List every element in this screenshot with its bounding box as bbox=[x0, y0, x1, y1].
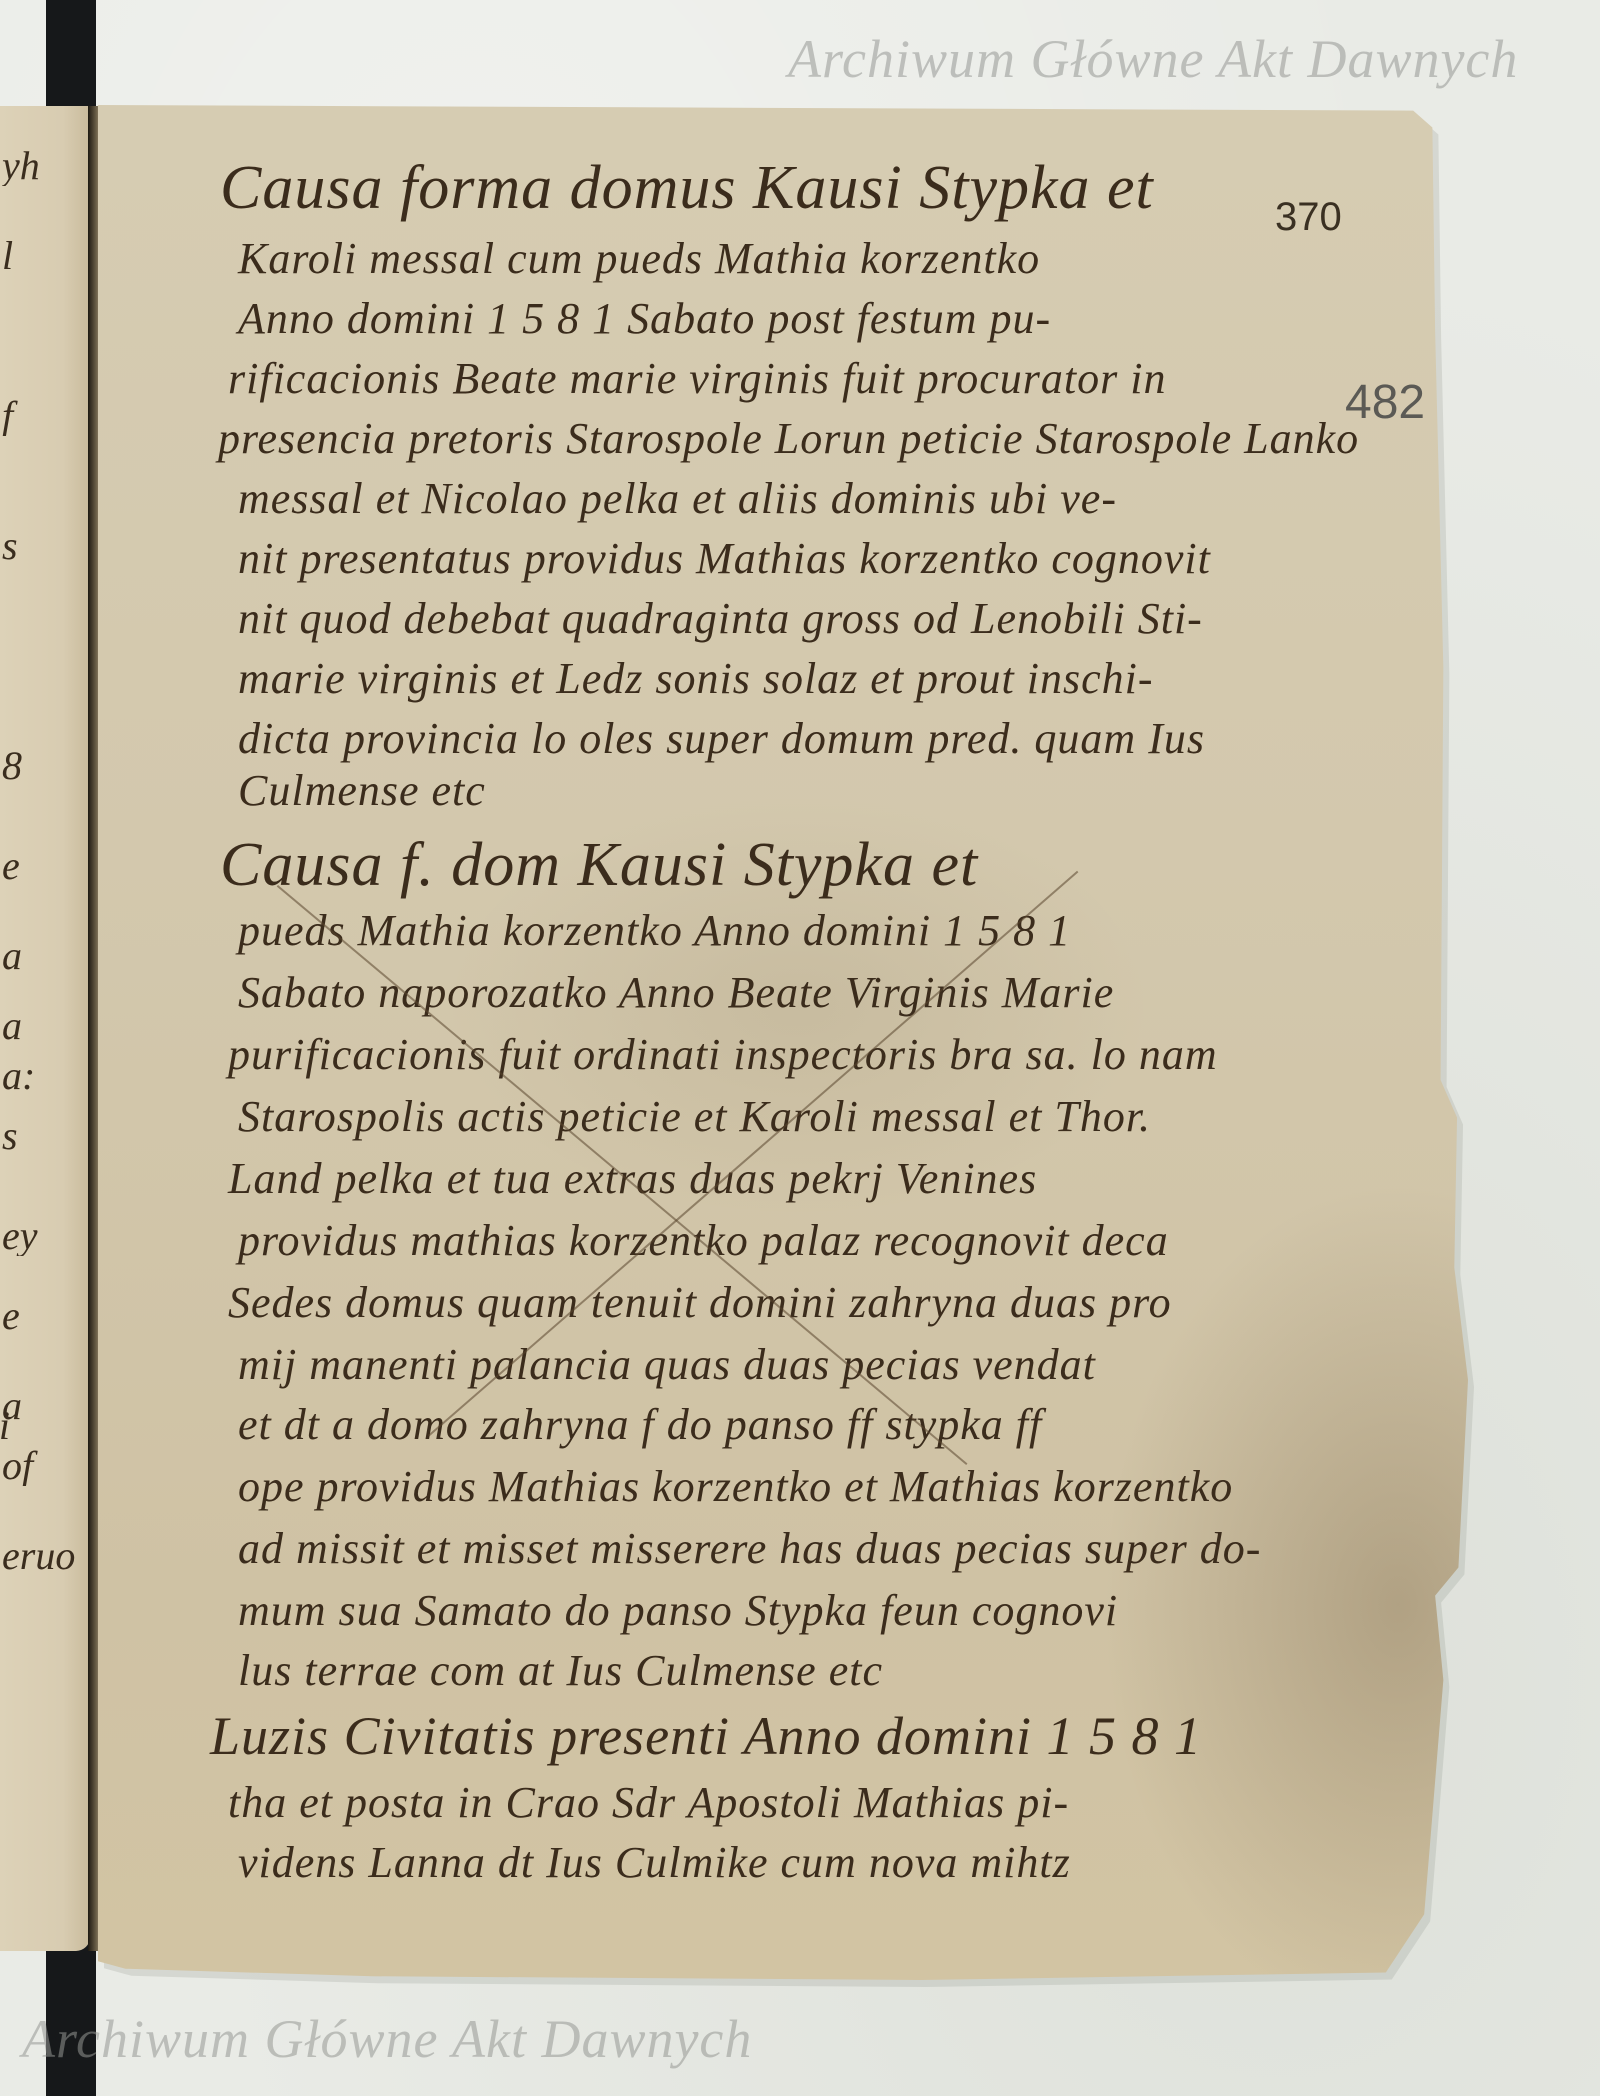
text-line: nit quod debebat quadraginta gross od Le… bbox=[238, 593, 1203, 644]
left-fragment: e bbox=[2, 846, 88, 886]
text-line: dicta provincia lo oles super domum pred… bbox=[238, 713, 1205, 764]
folio-number-ink: 370 bbox=[1275, 195, 1342, 240]
left-fragment: l bbox=[2, 236, 88, 276]
text-line: Culmense etc bbox=[238, 765, 486, 816]
left-fragment: ey bbox=[2, 1216, 88, 1256]
watermark-top: Archiwum Główne Akt Dawnych bbox=[788, 28, 1518, 90]
text-line: Sabato naporozatko Anno Beate Virginis M… bbox=[238, 967, 1114, 1018]
text-line: mij manenti palancia quas duas pecias ve… bbox=[238, 1339, 1096, 1390]
text-line: marie virginis et Ledz sonis solaz et pr… bbox=[238, 653, 1154, 704]
text-line: providus mathias korzentko palaz recogno… bbox=[238, 1215, 1169, 1266]
text-line: pueds Mathia korzentko Anno domini 1 5 8… bbox=[238, 905, 1071, 956]
text-line: tha et posta in Crao Sdr Apostoli Mathia… bbox=[228, 1777, 1069, 1828]
text-line: nit presentatus providus Mathias korzent… bbox=[238, 533, 1211, 584]
text-line: presencia pretoris Starospole Lorun peti… bbox=[218, 413, 1359, 464]
left-fragment: eruo bbox=[2, 1536, 88, 1576]
left-fragment: a bbox=[2, 1006, 88, 1046]
text-line: messal et Nicolao pelka et aliis dominis… bbox=[238, 473, 1117, 524]
text-line: ope providus Mathias korzentko et Mathia… bbox=[238, 1461, 1233, 1512]
text-line: videns Lanna dt Ius Culmike cum nova mih… bbox=[238, 1837, 1071, 1888]
text-line: Sedes domus quam tenuit domini zahryna d… bbox=[228, 1277, 1172, 1328]
text-line: rificacionis Beate marie virginis fuit p… bbox=[228, 353, 1166, 404]
text-line: lus terrae com at Ius Culmense etc bbox=[238, 1645, 883, 1696]
text-line: purificacionis fuit ordinati inspectoris… bbox=[228, 1029, 1218, 1080]
watermark-bottom: Archiwum Główne Akt Dawnych bbox=[22, 2008, 752, 2070]
left-fragment: s bbox=[2, 1116, 88, 1156]
entry-heading: Causa forma domus Kausi Stypka et bbox=[220, 153, 1154, 224]
entry-heading: Causa f. dom Kausi Stypka et bbox=[220, 830, 978, 901]
left-fragment: a bbox=[2, 936, 88, 976]
left-page-edge: yh l f s 8 e a a a: s ey e a mi of eruo bbox=[0, 106, 90, 1951]
left-fragment: f bbox=[2, 396, 88, 436]
text-line: Starospolis actis peticie et Karoli mess… bbox=[238, 1091, 1151, 1142]
text-line: Land pelka et tua extras duas pekrj Veni… bbox=[228, 1153, 1037, 1204]
left-fragment: s bbox=[2, 526, 88, 566]
left-fragment: 8 bbox=[2, 746, 88, 786]
left-fragment: of bbox=[2, 1446, 88, 1486]
left-fragment: a: bbox=[2, 1056, 88, 1096]
left-fragment: mi bbox=[0, 1406, 56, 1446]
left-fragment: yh bbox=[2, 146, 88, 186]
text-line: Anno domini 1 5 8 1 Sabato post festum p… bbox=[238, 293, 1051, 344]
manuscript-page: Causa forma domus Kausi Stypka et Karoli… bbox=[98, 105, 1468, 1980]
folio-number-pencil: 482 bbox=[1345, 375, 1425, 430]
text-line: mum sua Samato do panso Stypka feun cogn… bbox=[238, 1585, 1118, 1636]
text-line: Karoli messal cum pueds Mathia korzentko bbox=[238, 233, 1040, 284]
entry-heading: Luzis Civitatis presenti Anno domini 1 5… bbox=[210, 1705, 1202, 1767]
text-line: ad missit et misset misserere has duas p… bbox=[238, 1523, 1261, 1574]
left-fragment: e bbox=[2, 1296, 88, 1336]
